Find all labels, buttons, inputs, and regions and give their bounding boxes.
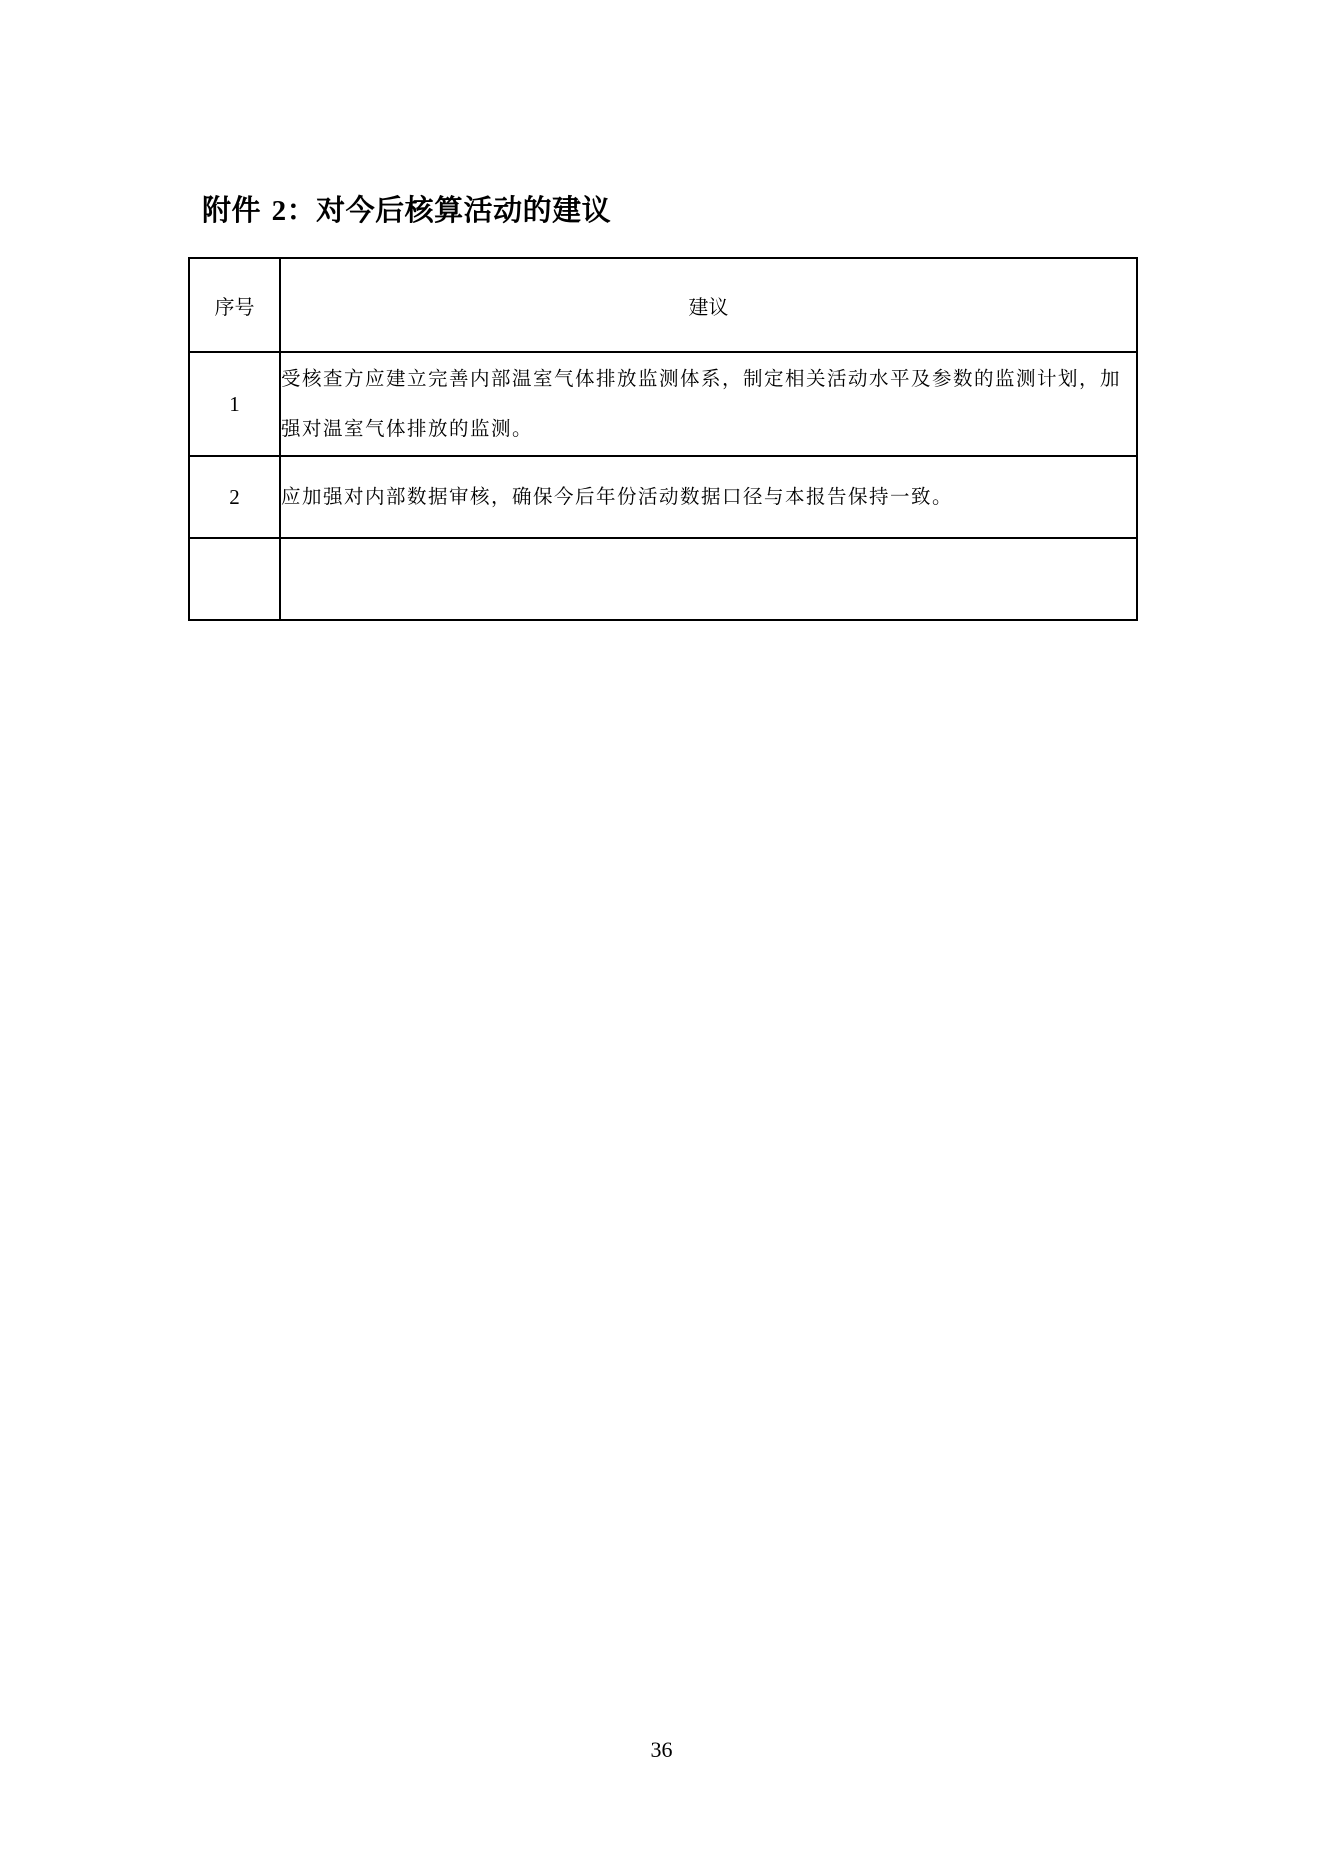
title-suffix: ：对今后核算活动的建议 <box>287 193 612 227</box>
page-title: 附件 2：对今后核算活动的建议 <box>202 188 611 229</box>
table-row: 1 受核查方应建立完善内部温室气体排放监测体系，制定相关活动水平及参数的监测计划… <box>189 352 1137 456</box>
table-row-empty <box>189 538 1137 620</box>
row-index: 1 <box>189 352 280 456</box>
row-suggestion: 受核查方应建立完善内部温室气体排放监测体系，制定相关活动水平及参数的监测计划，加… <box>280 352 1137 456</box>
page-number: 36 <box>0 1737 1323 1763</box>
row-suggestion <box>280 538 1137 620</box>
header-suggestion: 建议 <box>280 258 1137 352</box>
row-index: 2 <box>189 456 280 538</box>
table-row: 2 应加强对内部数据审核，确保今后年份活动数据口径与本报告保持一致。 <box>189 456 1137 538</box>
header-index: 序号 <box>189 258 280 352</box>
title-number: 2 <box>272 195 287 227</box>
table-header-row: 序号 建议 <box>189 258 1137 352</box>
row-index <box>189 538 280 620</box>
suggestions-table: 序号 建议 1 受核查方应建立完善内部温室气体排放监测体系，制定相关活动水平及参… <box>188 257 1138 621</box>
title-prefix: 附件 <box>202 193 261 227</box>
row-suggestion: 应加强对内部数据审核，确保今后年份活动数据口径与本报告保持一致。 <box>280 456 1137 538</box>
